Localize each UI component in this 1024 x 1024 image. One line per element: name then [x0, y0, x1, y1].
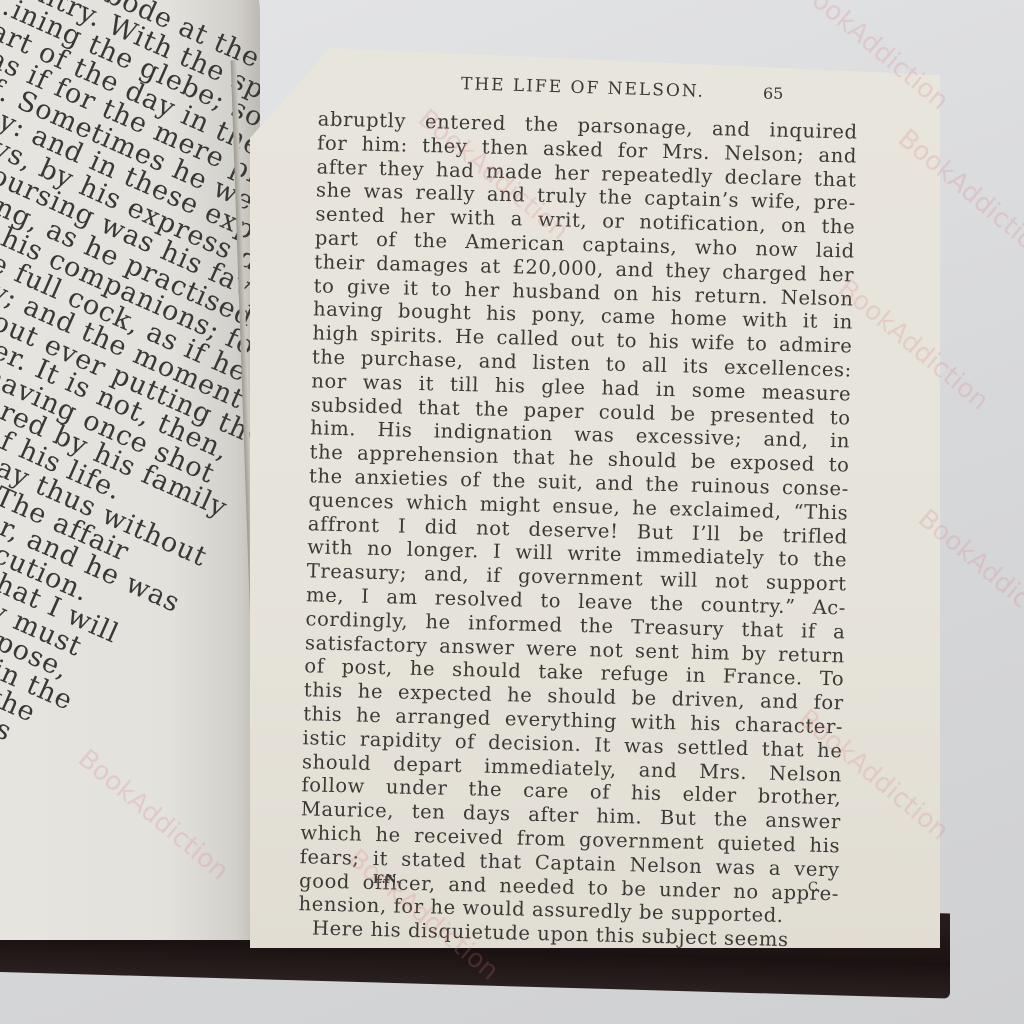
page-number: 65: [763, 84, 783, 103]
signature-letter: C: [808, 880, 818, 895]
right-page-text: abruptly entered the parsonage, and inqu…: [298, 107, 858, 953]
page-footer: L.N. C: [318, 924, 878, 948]
